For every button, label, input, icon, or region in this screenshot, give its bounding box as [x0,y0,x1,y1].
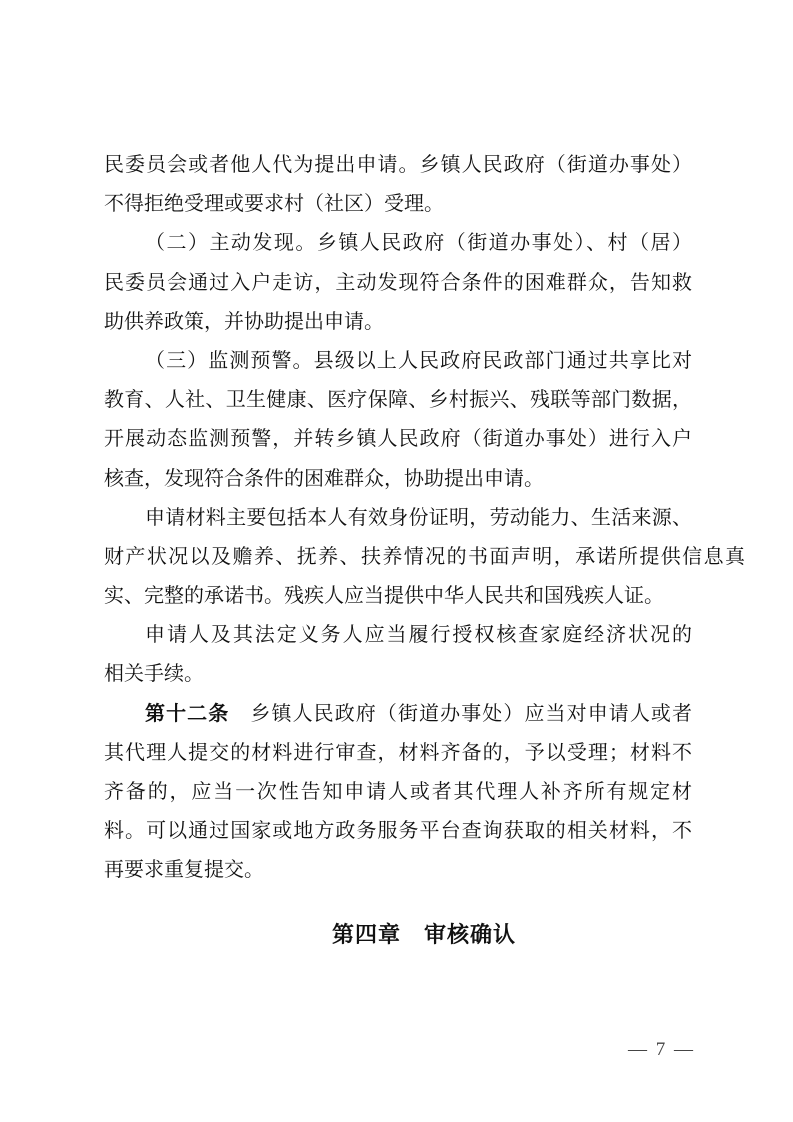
text-line: 开展动态监测预警，并转乡镇人民政府（街道办事处）进行入户 [104,420,692,459]
chapter-heading: 第四章 审核确认 [130,915,718,954]
text-line: （三）监测预警。县级以上人民政府民政部门通过共享比对 [145,342,692,381]
paragraph: 申请人及其法定义务人应当履行授权核查家庭经济状况的 相关手续。 [104,616,692,694]
text-line: 其代理人提交的材料进行审查，材料齐备的，予以受理；材料不 [104,734,692,773]
text-line: 料。可以通过国家或地方政务服务平台查询获取的相关材料，不 [104,812,692,851]
text-line: 申请人及其法定义务人应当履行授权核查家庭经济状况的 [145,616,692,655]
text-line: （二）主动发现。乡镇人民政府（街道办事处）、村（居） [145,224,692,263]
document-body: 民委员会或者他人代为提出申请。乡镇人民政府（街道办事处） 不得拒绝受理或要求村（… [104,146,692,954]
text-line: 第十二条 乡镇人民政府（街道办事处）应当对申请人或者 [145,695,692,734]
page-number: — 7 — [628,1040,695,1060]
text-line: 不得拒绝受理或要求村（社区）受理。 [104,185,692,224]
text-line: 核查，发现符合条件的困难群众，协助提出申请。 [104,460,692,499]
text-line: 财产状况以及赡养、抚养、扶养情况的书面声明，承诺所提供信息真 [104,538,745,577]
paragraph: 民委员会或者他人代为提出申请。乡镇人民政府（街道办事处） 不得拒绝受理或要求村（… [104,146,692,224]
text-line: 齐备的，应当一次性告知申请人或者其代理人补齐所有规定材 [104,773,692,812]
paragraph: 申请材料主要包括本人有效身份证明，劳动能力、生活来源、 财产状况以及赡养、抚养、… [104,499,692,617]
article-number: 第十二条 [145,703,229,725]
text-line: 民委员会通过入户走访，主动发现符合条件的困难群众，告知救 [104,264,692,303]
paragraph: （三）监测预警。县级以上人民政府民政部门通过共享比对 教育、人社、卫生健康、医疗… [104,342,692,499]
text-line: 民委员会或者他人代为提出申请。乡镇人民政府（街道办事处） [104,146,692,185]
text-line: 教育、人社、卫生健康、医疗保障、乡村振兴、残联等部门数据， [104,381,692,420]
document-page: 民委员会或者他人代为提出申请。乡镇人民政府（街道办事处） 不得拒绝受理或要求村（… [0,0,793,1122]
text-line: 助供养政策，并协助提出申请。 [104,303,692,342]
text-line: 实、完整的承诺书。残疾人应当提供中华人民共和国残疾人证。 [104,577,692,616]
paragraph-article-12: 第十二条 乡镇人民政府（街道办事处）应当对申请人或者 其代理人提交的材料进行审查… [104,695,692,891]
text-line: 再要求重复提交。 [104,851,692,890]
article-text: 乡镇人民政府（街道办事处）应当对申请人或者 [229,703,692,725]
text-line: 相关手续。 [104,655,692,694]
text-line: 申请材料主要包括本人有效身份证明，劳动能力、生活来源、 [145,499,692,538]
paragraph: （二）主动发现。乡镇人民政府（街道办事处）、村（居） 民委员会通过入户走访，主动… [104,224,692,342]
